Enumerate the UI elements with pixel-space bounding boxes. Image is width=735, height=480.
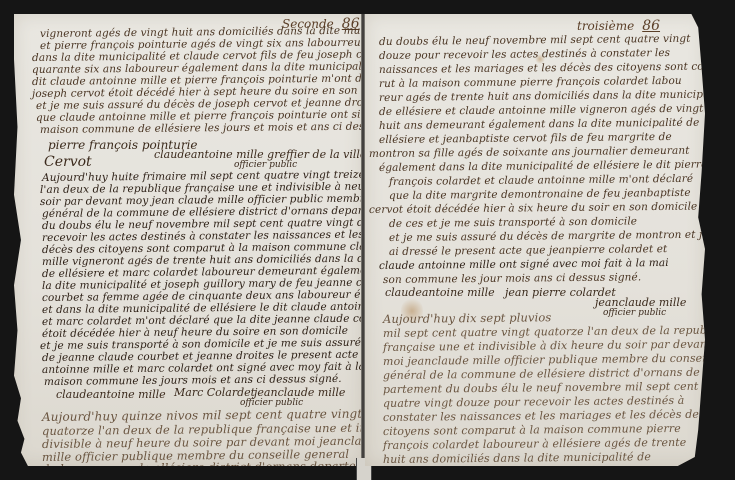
handwritten-line: cervot étoit décédée hier à six heure du… bbox=[369, 201, 697, 216]
handwritten-line: claude antoinne mille ont signé avec moi… bbox=[379, 257, 669, 272]
handwritten-line: françois colardet et claude antoinne mil… bbox=[389, 173, 693, 188]
handwritten-line: du doubs élu le neuf novembre mil sept c… bbox=[379, 33, 691, 48]
right-page: troisième86 du doubs élu le neuf novembr… bbox=[365, 14, 705, 466]
signature-claude-antoine-mille: claudeantoine mille bbox=[385, 286, 495, 299]
handwritten-line: que la dite margrite demontronaine de fe… bbox=[389, 187, 691, 202]
handwritten-line: huit ans domiciliés dans la dite municip… bbox=[383, 450, 651, 466]
handwritten-line: huit ans demeurant également dans la dit… bbox=[379, 117, 699, 132]
handwritten-line: rut à la maison commune pierre françois … bbox=[379, 75, 682, 90]
handwritten-line: Aujourd'huy dix sept pluvios bbox=[383, 310, 552, 326]
handwritten-line: ellésiere et jeanbaptiste cervot fils de… bbox=[379, 131, 672, 146]
handwritten-line: également dans la dite municipalité de e… bbox=[379, 159, 705, 174]
left-page: Seconde86 vigneront agés de vingt huit a… bbox=[14, 14, 362, 466]
page-label: troisième bbox=[577, 19, 634, 33]
handwritten-line: douze pour recevoir les actes destinés à… bbox=[379, 47, 670, 62]
page-number: 86 bbox=[642, 18, 660, 34]
handwritten-line: de ces et je me suis transporté à son do… bbox=[389, 215, 637, 230]
margin-name-cervot: Cervot bbox=[44, 154, 92, 170]
handwritten-line: reur agés de trente huit ans domiciliés … bbox=[379, 88, 705, 104]
handwritten-line: montron sa fille agés de soixante ans jo… bbox=[369, 145, 690, 160]
right-page-header: troisième86 bbox=[577, 18, 660, 34]
handwritten-line: et je me suis assuré du décès de margrit… bbox=[389, 229, 705, 244]
handwritten-line: son commune les jour mois ans ci dessus … bbox=[383, 271, 641, 286]
handwritten-line: ai dressé le present acte que jeanpierre… bbox=[389, 243, 667, 258]
signature-title: officier public bbox=[603, 308, 666, 318]
book-gutter bbox=[361, 14, 365, 466]
handwritten-line: naissances et les mariages et les décès … bbox=[379, 60, 705, 76]
handwritten-line: de ellésiere et claude antoinne mille vi… bbox=[379, 103, 704, 118]
signature-claude-antoine-mille: claudeantoine mille bbox=[56, 388, 166, 401]
